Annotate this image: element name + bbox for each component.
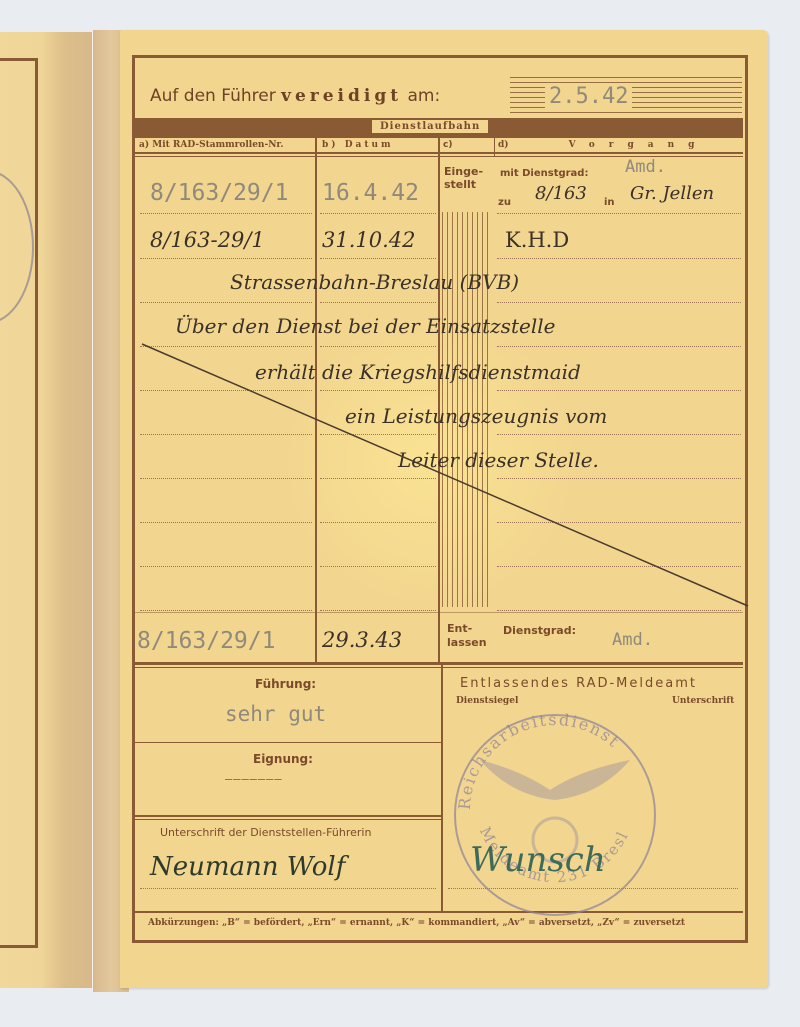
office-seal: Reichsarbeitsdienst Meldeamt 231 Breslau (440, 700, 670, 920)
conduct-value: sehr gut (225, 702, 326, 726)
aptitude-label: Eignung: (253, 752, 313, 766)
office-signature-label: Unterschrift (672, 696, 734, 706)
conduct-label: Führung: (255, 677, 316, 691)
eagle-icon (480, 760, 630, 800)
discharge-rank-value: Amd. (612, 630, 653, 650)
office-signature: Wunsch (470, 840, 606, 880)
aptitude-value: ——————— (225, 772, 283, 786)
leader-signature: Neumann Wolf (150, 852, 345, 882)
discharge-office-title: Entlassendes RAD-Meldeamt (460, 676, 697, 691)
strike-through-line (0, 0, 800, 1027)
discharge-date: 29.3.43 (322, 628, 402, 652)
leader-signature-label: Unterschrift der Dienststellen-Führerin (160, 826, 371, 839)
abbreviations-legend: Abkürzungen: „B“ = befördert, „Ern“ = er… (148, 918, 685, 928)
discharge-rank-label: Dienstgrad: (503, 624, 576, 637)
discharge-label: Ent-lassen (447, 622, 487, 650)
discharge-number: 8/163/29/1 (137, 628, 275, 654)
